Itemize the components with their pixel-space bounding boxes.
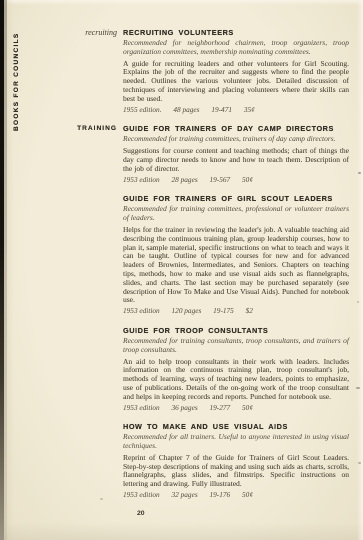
scan-speck [358,172,361,174]
catalog-entry-visual-aids: HOW TO MAKE AND USE VISUAL AIDS Recommen… [123,422,349,500]
entry-price: $2 [246,307,253,316]
entry-pages: 120 pages [172,307,202,316]
scan-speck [100,498,103,500]
scan-speck [357,301,359,303]
entry-price: 35¢ [244,106,255,115]
entry-meta: 1953 edition 120 pages 19-175 $2 [123,307,349,316]
scan-speck [358,462,361,464]
scan-speck [356,387,360,389]
entry-price: 50¢ [242,176,253,185]
entry-catalog-number: 19-567 [210,176,231,185]
entry-catalog-number: 19-471 [211,106,232,115]
catalog-entry-girl-scout-leaders: GUIDE FOR TRAINERS OF GIRL SCOUT LEADERS… [123,194,349,316]
entry-edition: 1953 edition [123,307,160,316]
entry-edition: 1955 edition. [123,106,162,115]
margin-label-training: TRAINING [52,125,117,132]
entry-title: RECRUITING VOLUNTEERS [123,28,349,37]
entry-audience: Recommended for neighborhood chairmen, t… [123,39,349,57]
entry-catalog-number: 19-176 [210,491,231,500]
entry-pages: 48 pages [173,106,199,115]
entry-meta: 1953 edition 36 pages 19-277 50¢ [123,404,349,413]
entry-title: GUIDE FOR TROOP CONSULTANTS [123,326,349,335]
entry-description: Suggestions for course content and teach… [123,147,349,173]
entry-price: 50¢ [242,491,253,500]
entry-description: A guide for recruiting leaders and other… [123,60,349,104]
entry-title: HOW TO MAKE AND USE VISUAL AIDS [123,422,349,431]
margin-label-recruiting: recruiting [52,28,117,37]
entry-meta: 1953 edition 32 pages 19-176 50¢ [123,491,349,500]
scanned-catalog-page: BOOKS FOR COUNCILS recruiting TRAINING R… [0,0,363,540]
scan-binding-shadow [4,0,7,540]
entry-audience: Recommended for training committees, pro… [123,205,349,223]
entry-description: Reprint of Chapter 7 of the Guide for Tr… [123,454,349,489]
entry-edition: 1953 edition [123,404,160,413]
entry-meta: 1953 edition 28 pages 19-567 50¢ [123,176,349,185]
catalog-entries: RECRUITING VOLUNTEERS Recommended for ne… [123,28,349,517]
catalog-entry-troop-consultants: GUIDE FOR TROOP CONSULTANTS Recommended … [123,326,349,412]
entry-pages: 28 pages [172,176,198,185]
entry-catalog-number: 19-175 [213,307,234,316]
catalog-entry-recruiting-volunteers: RECRUITING VOLUNTEERS Recommended for ne… [123,28,349,114]
entry-title: GUIDE FOR TRAINERS OF GIRL SCOUT LEADERS [123,194,349,203]
entry-pages: 36 pages [172,404,198,413]
entry-description: An aid to help troop consultants in thei… [123,358,349,402]
entry-edition: 1953 edition [123,491,160,500]
entry-audience: Recommended for training committees, tra… [123,135,349,144]
entry-audience: Recommended for training consultants, tr… [123,337,349,355]
entry-price: 50¢ [242,404,253,413]
entry-description: Helps for the trainer in reviewing the l… [123,226,349,305]
entry-title: GUIDE FOR TRAINERS OF DAY CAMP DIRECTORS [123,124,349,133]
page-number: 20 [137,510,349,517]
catalog-entry-day-camp-directors: GUIDE FOR TRAINERS OF DAY CAMP DIRECTORS… [123,124,349,184]
entry-pages: 32 pages [172,491,198,500]
entry-meta: 1955 edition. 48 pages 19-471 35¢ [123,106,349,115]
entry-edition: 1953 edition [123,176,160,185]
entry-catalog-number: 19-277 [210,404,231,413]
sidebar-vertical-label: BOOKS FOR COUNCILS [13,32,20,131]
entry-audience: Recommended for all trainers. Useful to … [123,433,349,451]
